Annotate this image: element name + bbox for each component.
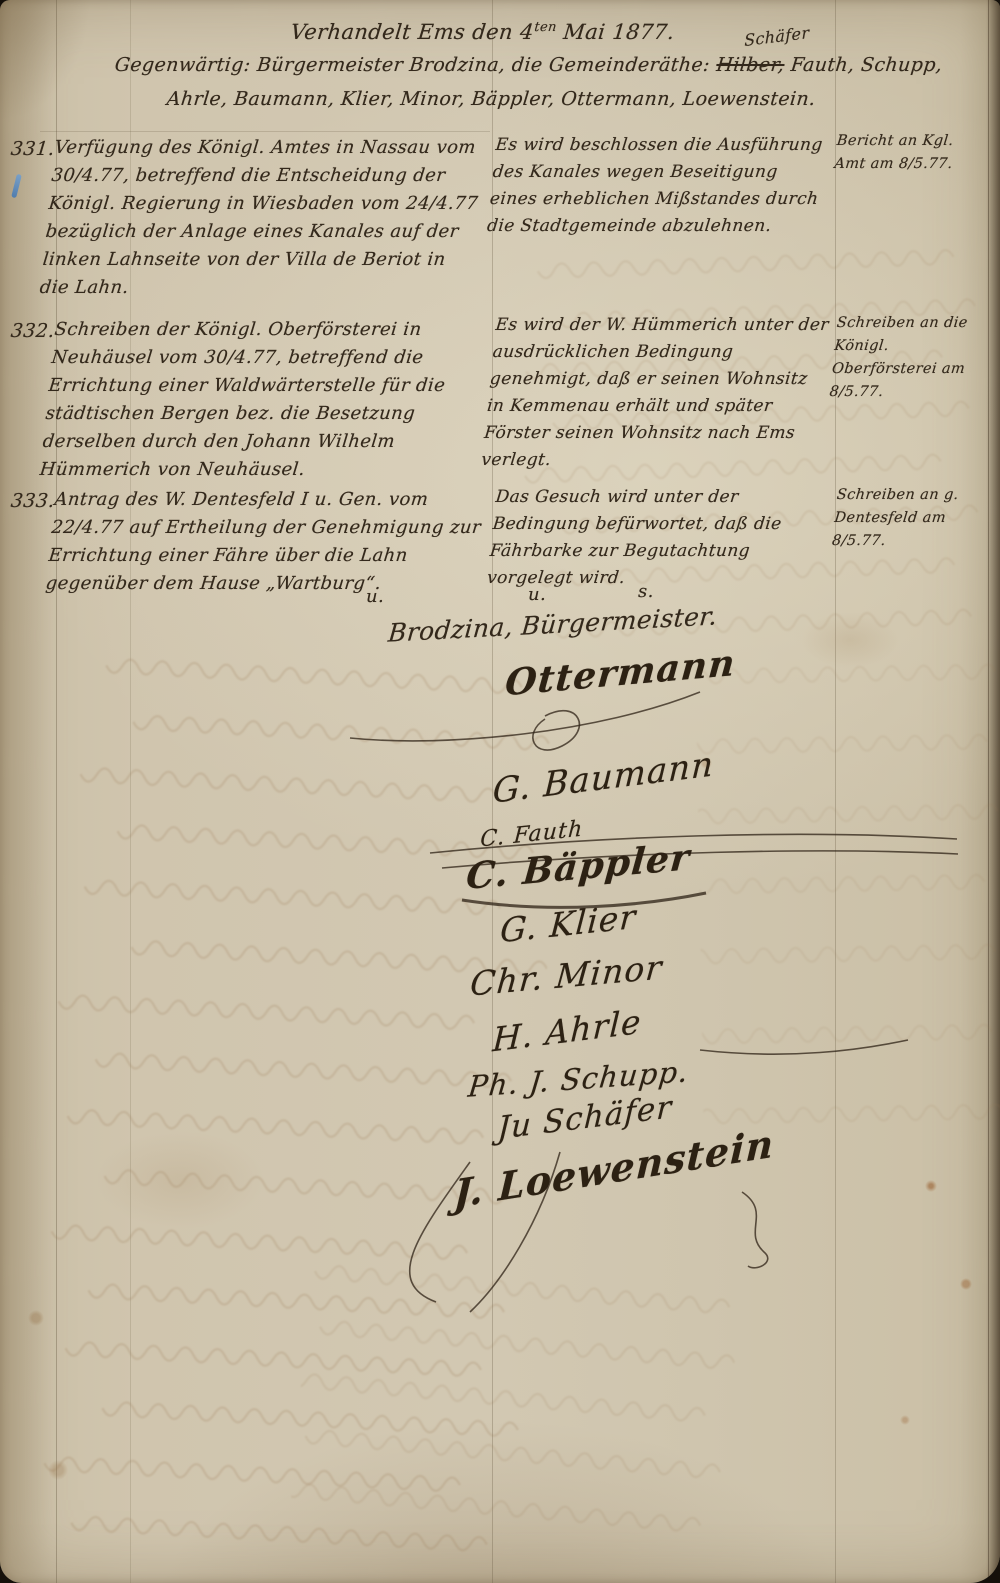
signature: Ottermann bbox=[504, 642, 738, 705]
attendance-suffix: Fauth, Schupp, bbox=[783, 54, 943, 76]
item-dispatch-note: Schreiben an die Königl. Oberförsterei a… bbox=[828, 312, 990, 404]
signature: G. Klier bbox=[499, 897, 638, 951]
signature: G. Baumann bbox=[492, 744, 715, 812]
manuscript-page: Verhandelt Ems den 4ten Mai 1877. Schäfe… bbox=[0, 0, 1000, 1583]
closing-mark: u. bbox=[528, 584, 546, 605]
date-ordinal-superscript: ten bbox=[534, 20, 558, 35]
closing-mark: u. bbox=[366, 586, 384, 607]
item-subject: Verfügung des Königl. Amtes in Nassau vo… bbox=[38, 134, 488, 302]
mayor-signature: Brodzina, Bürgermeister. bbox=[387, 601, 719, 647]
item-number: 332. bbox=[10, 320, 56, 342]
page-edge-line bbox=[988, 0, 989, 1583]
item-resolution: Es wird beschlossen die Ausführung des K… bbox=[486, 132, 833, 240]
item-subject: Schreiben der Königl. Oberförsterei in N… bbox=[38, 316, 488, 484]
dateline-year: Mai 1877. bbox=[555, 20, 676, 44]
item-resolution: Das Gesuch wird unter der Bedingung befü… bbox=[486, 484, 833, 592]
note-column-line bbox=[835, 0, 836, 1583]
signature: Chr. Minor bbox=[469, 947, 665, 1003]
dateline-text: Verhandelt Ems den 4 bbox=[289, 20, 535, 44]
item-number: 333. bbox=[10, 490, 56, 512]
item-resolution: Es wird der W. Hümmerich unter der ausdr… bbox=[480, 312, 833, 474]
bleedthrough-texture bbox=[288, 1237, 743, 1573]
horizontal-crease bbox=[40, 131, 490, 132]
struck-out-name: Hilber, bbox=[715, 54, 785, 76]
attendance-line: Gegenwärtig: Bürgermeister Brodzina, die… bbox=[114, 54, 944, 76]
closing-mark: s. bbox=[638, 581, 654, 602]
protocol-dateline: Verhandelt Ems den 4ten Mai 1877. bbox=[289, 20, 675, 44]
item-number: 331. bbox=[10, 138, 56, 160]
signature: H. Ahrle bbox=[492, 1002, 643, 1060]
attendance-line-2: Ahrle, Baumann, Klier, Minor, Bäppler, O… bbox=[166, 88, 817, 110]
item-subject: Antrag des W. Dentesfeld I u. Gen. vom 2… bbox=[44, 486, 488, 598]
bleedthrough-texture bbox=[695, 637, 1000, 1202]
inserted-name: Schäfer bbox=[744, 23, 809, 50]
attendance-prefix: Gegenwärtig: Bürgermeister Brodzina, die… bbox=[114, 54, 711, 76]
item-dispatch-note: Schreiben an g. Dentesfeld am 8/5.77. bbox=[831, 484, 990, 553]
item-dispatch-note: Bericht an Kgl. Amt am 8/5.77. bbox=[833, 130, 990, 176]
